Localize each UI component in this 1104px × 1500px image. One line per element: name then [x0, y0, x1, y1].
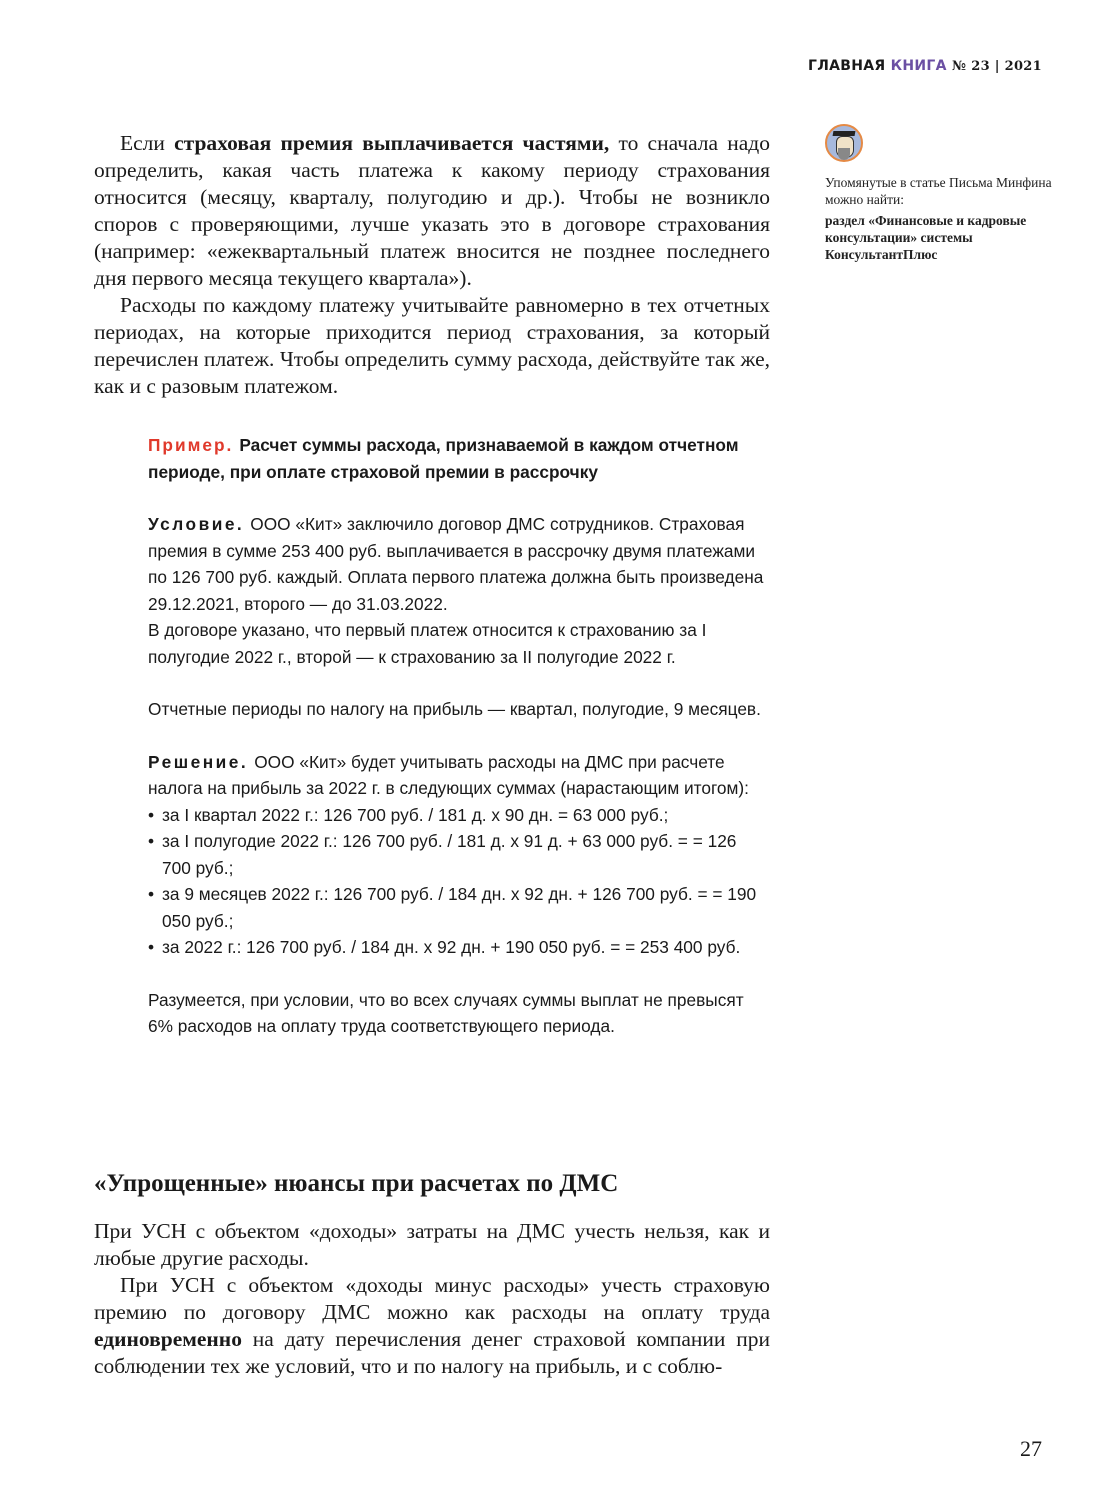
example-conclusion: Разумеется, при условии, что во всех слу… [148, 987, 768, 1040]
calculation-list: за I квартал 2022 г.: 126 700 руб. / 181… [148, 802, 768, 961]
list-item: за 9 месяцев 2022 г.: 126 700 руб. / 184… [148, 881, 768, 934]
sidebar-note-text: Упомянутые в статье Письма Минфина можно… [825, 174, 1055, 208]
paragraph-expenses: Расходы по каждому платежу учитывайте ра… [94, 292, 770, 400]
article-body: Если страховая премия выплачивается част… [94, 130, 770, 400]
issue-number: № 23 | 2021 [952, 59, 1042, 74]
condition-block: Условие.ООО «Кит» заключило договор ДМС … [148, 511, 768, 670]
list-item: за 2022 г.: 126 700 руб. / 184 дн. х 92 … [148, 934, 768, 961]
condition-text-2: В договоре указано, что первый платеж от… [148, 617, 768, 670]
section-body: При УСН с объектом «доходы» затраты на Д… [94, 1218, 770, 1380]
paragraph-installments: Если страховая премия выплачивается част… [94, 130, 770, 292]
list-item: за I полугодие 2022 г.: 126 700 руб. / 1… [148, 828, 768, 881]
condition-label: Условие. [148, 514, 244, 534]
scholar-avatar-icon [825, 124, 863, 162]
sidebar-reference: раздел «Финансовые и кадровые консультац… [825, 212, 1055, 263]
sidebar-note: Упомянутые в статье Письма Минфина можно… [825, 124, 1055, 263]
bold-word: единовременно [94, 1327, 242, 1351]
solution-label: Решение. [148, 752, 248, 772]
magazine-header: ГЛАВНАЯ КНИГА № 23 | 2021 [808, 58, 1042, 74]
section-heading: «Упрощенные» нюансы при расчетах по ДМС [94, 1170, 618, 1198]
solution-block: Решение.ООО «Кит» будет учитывать расход… [148, 749, 768, 961]
brand-main: ГЛАВНАЯ [808, 58, 886, 74]
example-title: Пример.Расчет суммы расхода, признаваемо… [148, 432, 768, 485]
list-item: за I квартал 2022 г.: 126 700 руб. / 181… [148, 802, 768, 829]
paragraph-usn-expenses: При УСН с объектом «доходы минус расходы… [94, 1272, 770, 1380]
example-box: Пример.Расчет суммы расхода, признаваемо… [148, 432, 768, 1040]
brand-accent: КНИГА [891, 58, 947, 74]
bold-phrase: страховая премия выплачивается частями, [174, 131, 609, 155]
page-number: 27 [1020, 1436, 1042, 1462]
paragraph-usn-income: При УСН с объектом «доходы» затраты на Д… [94, 1218, 770, 1272]
example-label: Пример. [148, 435, 233, 455]
periods-text: Отчетные периоды по налогу на прибыль — … [148, 696, 768, 723]
